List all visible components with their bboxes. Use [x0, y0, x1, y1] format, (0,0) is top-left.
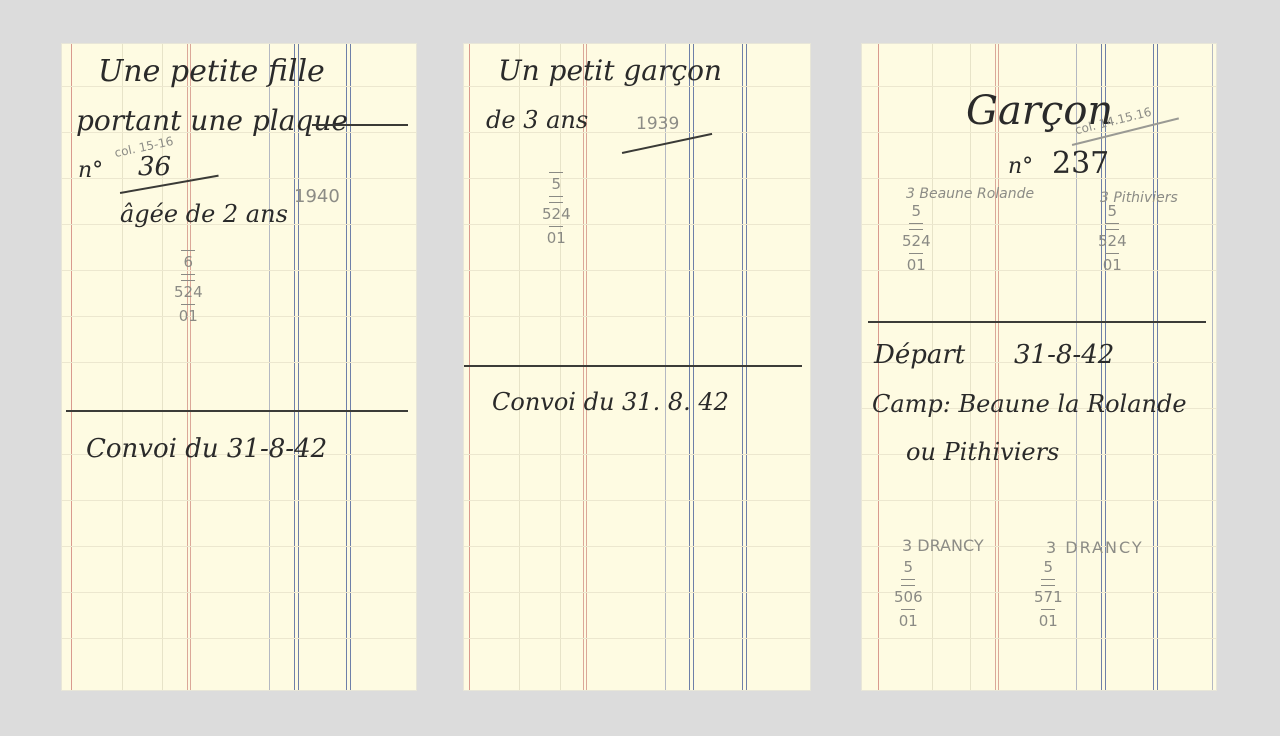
code-value: 01	[1039, 612, 1058, 631]
camp-left-stack: 5 524 01	[902, 202, 931, 275]
grid-row	[62, 270, 416, 271]
grid-row	[862, 178, 1216, 179]
camp-line: Camp: Beaune la Rolande	[872, 390, 1187, 418]
drancy-right-stack: 5 571 01	[1034, 558, 1063, 631]
grid-line	[560, 44, 561, 690]
grid-row	[464, 592, 810, 593]
grid-row	[62, 546, 416, 547]
code-value: 5	[912, 202, 922, 221]
code-value: 571	[1034, 588, 1063, 607]
index-card-1: Une petite fille portant une plaque col.…	[62, 44, 416, 690]
code-value: 5	[904, 558, 914, 577]
section-divider	[464, 365, 802, 367]
code-value: 524	[1098, 232, 1127, 251]
convoy-footer: Convoi du 31-8-42	[86, 434, 327, 464]
description-line-1: Un petit garçon	[498, 54, 722, 87]
margin-line	[71, 44, 72, 690]
child-number: 237	[1052, 146, 1109, 181]
grid-row	[862, 86, 1216, 87]
column-line	[689, 44, 690, 690]
column-line	[1212, 44, 1213, 690]
margin-line	[583, 44, 584, 690]
grid-row	[62, 592, 416, 593]
description-line-2: portant une plaque	[76, 104, 348, 137]
column-line	[298, 44, 299, 690]
index-card-2: Un petit garçon de 3 ans 1939 5 524 01 C…	[464, 44, 810, 690]
description-line-2: de 3 ans	[486, 106, 588, 134]
year-underline	[622, 133, 712, 154]
column-line	[350, 44, 351, 690]
code-value: 01	[907, 256, 926, 275]
grid-row	[464, 546, 810, 547]
margin-line	[998, 44, 999, 690]
grid-row	[464, 638, 810, 639]
grid-row	[464, 270, 810, 271]
drancy-left-stack: 5 506 01	[894, 558, 923, 631]
grid-line	[970, 44, 971, 690]
column-line	[1153, 44, 1154, 690]
section-divider	[868, 321, 1206, 323]
margin-line	[187, 44, 188, 690]
column-line	[1157, 44, 1158, 690]
flourish-line	[312, 124, 408, 126]
index-card-3: Garçon col. 14.15.16 n° 237 3 Beaune Rol…	[862, 44, 1216, 690]
number-prefix: n°	[1008, 154, 1033, 179]
year-note: 1940	[294, 186, 340, 207]
grid-row	[464, 316, 810, 317]
drancy-right-label: 3 DRANCY	[1046, 538, 1144, 557]
margin-line	[995, 44, 996, 690]
grid-row	[464, 224, 810, 225]
number-prefix: n°	[78, 158, 103, 183]
grid-line	[519, 44, 520, 690]
convoy-footer: Convoi du 31. 8. 42	[492, 388, 729, 416]
column-line	[294, 44, 295, 690]
column-line	[665, 44, 666, 690]
year-note: 1939	[636, 114, 679, 134]
column-line	[346, 44, 347, 690]
code-stack: 5 524 01	[542, 170, 571, 248]
code-value: 5	[552, 175, 562, 194]
code-value: 01	[547, 229, 566, 248]
code-value: 01	[1103, 256, 1122, 275]
grid-row	[62, 178, 416, 179]
margin-line	[190, 44, 191, 690]
plate-number: 36	[138, 152, 171, 182]
drancy-left-label: 3 DRANCY	[902, 536, 984, 555]
departure-date: 31-8-42	[1014, 340, 1114, 370]
grid-row	[862, 500, 1216, 501]
camp-alt-line: ou Pithiviers	[906, 438, 1059, 466]
camp-right-stack: 5 524 01	[1098, 202, 1127, 275]
column-line	[693, 44, 694, 690]
code-value: 524	[902, 232, 931, 251]
camp-left-label: 3 Beaune Rolande	[906, 186, 1034, 202]
code-stack: 6 524 01	[174, 248, 203, 326]
section-divider	[66, 410, 408, 412]
grid-row	[62, 500, 416, 501]
code-value: 5	[1044, 558, 1054, 577]
code-value: 524	[542, 205, 571, 224]
age-line: âgée de 2 ans	[120, 200, 288, 228]
grid-row	[464, 454, 810, 455]
column-line	[742, 44, 743, 690]
grid-row	[62, 362, 416, 363]
code-value: 524	[174, 283, 203, 302]
column-line	[269, 44, 270, 690]
column-line	[746, 44, 747, 690]
grid-row	[862, 638, 1216, 639]
departure-label: Départ	[874, 340, 965, 370]
code-value: 506	[894, 588, 923, 607]
code-value: 5	[1108, 202, 1118, 221]
code-value: 6	[184, 253, 194, 272]
margin-line	[586, 44, 587, 690]
grid-row	[62, 316, 416, 317]
grid-row	[62, 638, 416, 639]
grid-row	[464, 178, 810, 179]
margin-line	[469, 44, 470, 690]
description-line-1: Une petite fille	[98, 54, 325, 89]
code-value: 01	[179, 307, 198, 326]
grid-row	[464, 500, 810, 501]
code-value: 01	[899, 612, 918, 631]
grid-line	[122, 44, 123, 690]
